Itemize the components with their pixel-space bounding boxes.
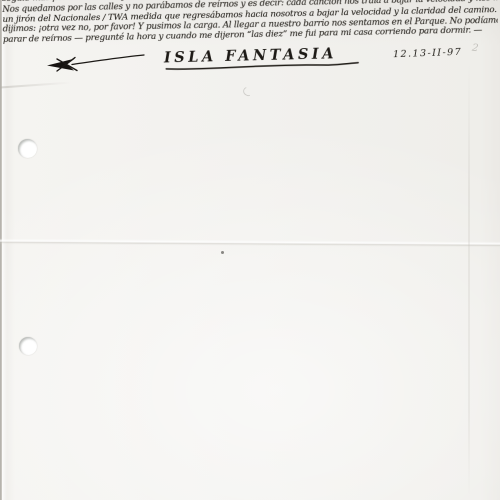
- hole-punch-bottom: [19, 337, 37, 355]
- horizontal-fold-crease: [0, 238, 500, 248]
- scanned-letter-page: seguid más por el 9 delante y aún más si…: [0, 0, 500, 500]
- hole-punch-top: [18, 139, 37, 158]
- paper-left-edge-highlight: [2, 0, 7, 500]
- letter-title-block: ISLA FANTASIA: [164, 43, 365, 73]
- letter-date: 12.13-II-97: [393, 47, 462, 60]
- handwriting-block: seguid más por el 9 delante y aún más si…: [0, 0, 500, 45]
- ink-dot: [221, 251, 224, 254]
- hand-drawn-arrow-icon: [44, 49, 148, 75]
- right-vertical-crease: [468, 60, 470, 500]
- pencil-arc-mark: [242, 85, 255, 97]
- left-diagonal-crease: [0, 81, 72, 88]
- faint-pencil-mark: 2: [471, 43, 479, 55]
